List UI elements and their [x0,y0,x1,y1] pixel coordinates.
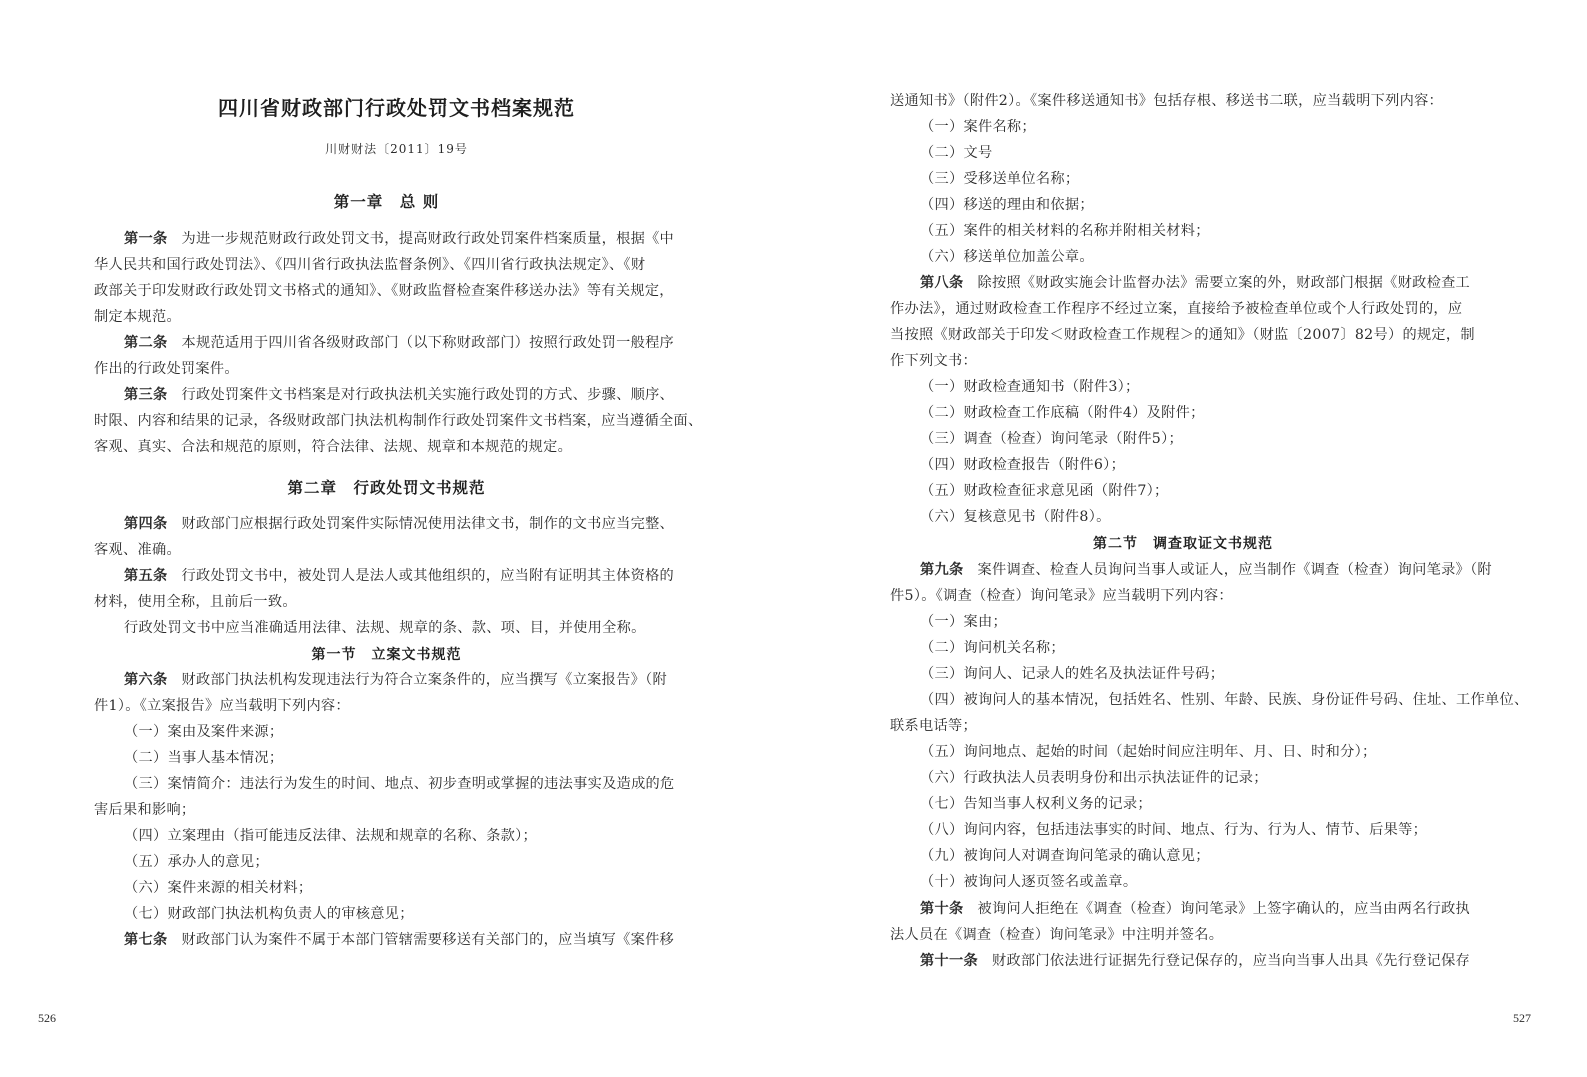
text-line: 件5）。《调查（检查）询问笔录》应当载明下列内容： [890,586,1233,606]
text-line: 行政处罚文书中，被处罚人是法人或其他组织的，应当附有证明其主体资格的 [181,568,674,584]
list-item: （六）行政执法人员表明身份和出示执法证件的记录； [920,768,1268,788]
list-item: （七）财政部门执法机构负责人的审核意见； [124,904,414,924]
document-number: 川财财法〔2011〕19号 [0,140,793,157]
article-8: 第八条除按照《财政实施会计监督办法》需要立案的外，财政部门根据《财政检查工 [920,273,1470,293]
list-item: （二）询问机关名称； [920,638,1065,658]
article-label: 第三条 [124,387,167,403]
text-line: 政部关于印发财政行政处罚文书格式的通知》、《财政监督检查案件移送办法》等有关规定… [94,281,674,301]
list-item: （八）询问内容，包括违法事实的时间、地点、行为、行为人、情节、后果等； [920,820,1427,840]
article-label: 第一条 [124,231,167,247]
chapter-2-heading: 第二章 行政处罚文书规范 [0,476,773,498]
text-line: 客观、真实、合法和规范的原则，符合法律、法规、规章和本规范的规定。 [94,437,572,457]
text-line: 法人员在《调查（检查）询问笔录》中注明并签名。 [890,925,1223,945]
list-item: （六）移送单位加盖公章。 [920,247,1094,267]
text-line: 时限、内容和结果的记录，各级财政部门执法机构制作行政处罚案件文书档案，应当遵循全… [94,411,702,431]
list-item: （一）案由； [920,612,1007,632]
text-line: 送通知书》（附件2）。《案件移送通知书》包括存根、移送书二联，应当载明下列内容： [890,91,1443,111]
section-1-heading: 第一节 立案文书规范 [0,644,773,664]
list-item: （六）案件来源的相关材料； [124,878,312,898]
article-9: 第九条案件调查、检查人员询问当事人或证人，应当制作《调查（检查）询问笔录》（附 [920,560,1492,580]
article-11: 第十一条财政部门依法进行证据先行登记保存的，应当向当事人出具《先行登记保存 [920,951,1470,971]
list-item: （四）立案理由（指可能违反法律、法规和规章的名称、条款）； [124,826,537,846]
text-line: 作办法》，通过财政检查工作程序不经过立案，直接给予被检查单位或个人行政处罚的，应 [890,299,1462,319]
page-number: 527 [1513,1011,1531,1026]
text-line: 华人民共和国行政处罚法》、《四川省行政执法监督条例》、《四川省行政执法规定》、《… [94,255,645,275]
text-line: 制定本规范。 [94,307,181,327]
text-line: 案件调查、检查人员询问当事人或证人，应当制作《调查（检查）询问笔录》（附 [977,562,1491,578]
article-label: 第十一条 [920,953,978,969]
section-2-heading: 第二节 调查取证文书规范 [793,533,1573,553]
text-line: 财政部门执法机构发现违法行为符合立案条件的，应当撰写《立案报告》（附 [181,672,666,688]
list-item: （四）被询问人的基本情况，包括姓名、性别、年龄、民族、身份证件号码、住址、工作单… [920,690,1528,710]
article-label: 第九条 [920,562,963,578]
text-line: 材料，使用全称，且前后一致。 [94,592,297,612]
article-6: 第六条财政部门执法机构发现违法行为符合立案条件的，应当撰写《立案报告》（附 [124,670,667,690]
list-item: （三）受移送单位名称； [920,169,1079,189]
text-line: 行政处罚案件文书档案是对行政执法机关实施行政处罚的方式、步骤、顺序、 [181,387,674,403]
article-label: 第五条 [124,568,167,584]
article-5: 第五条行政处罚文书中，被处罚人是法人或其他组织的，应当附有证明其主体资格的 [124,566,674,586]
text-line: 作出的行政处罚案件。 [94,359,239,379]
list-item: （五）案件的相关材料的名称并附相关材料； [920,221,1210,241]
list-item: （一）案由及案件来源； [124,722,283,742]
list-item: （三）案情简介：违法行为发生的时间、地点、初步查明或掌握的违法事实及造成的危 [124,774,675,794]
list-item: （二）当事人基本情况； [124,748,283,768]
list-item: （六）复核意见书（附件8）。 [920,507,1111,527]
article-4: 第四条财政部门应根据行政处罚案件实际情况使用法律文书，制作的文书应当完整、 [124,514,674,534]
list-item: （一）财政检查通知书（附件3）； [920,377,1140,397]
text-line: 作下列文书： [890,351,977,371]
text-line: 行政处罚文书中应当准确适用法律、法规、规章的条、款、项、目，并使用全称。 [124,618,646,638]
list-item: （十）被询问人逐页签名或盖章。 [920,872,1137,892]
list-item: （二）财政检查工作底稿（附件4）及附件； [920,403,1205,423]
right-page: 送通知书》（附件2）。《案件移送通知书》包括存根、移送书二联，应当载明下列内容：… [793,0,1587,1077]
document-title: 四川省财政部门行政处罚文书档案规范 [0,92,793,121]
list-item: （三）询问人、记录人的姓名及执法证件号码； [920,664,1224,684]
article-7: 第七条财政部门认为案件不属于本部门管辖需要移送有关部门的，应当填写《案件移 [124,930,674,950]
list-item-continuation: 害后果和影响； [94,800,195,820]
text-line: 除按照《财政实施会计监督办法》需要立案的外，财政部门根据《财政检查工 [977,275,1470,291]
list-item: （四）财政检查报告（附件6）； [920,455,1125,475]
list-item: （五）询问地点、起始的时间（起始时间应注明年、月、日、时和分）； [920,742,1377,762]
text-line: 被询问人拒绝在《调查（检查）询问笔录》上签字确认的，应当由两名行政执 [977,901,1470,917]
list-item: （五）财政检查征求意见函（附件7）； [920,481,1169,501]
article-label: 第二条 [124,335,167,351]
article-label: 第四条 [124,516,167,532]
article-3: 第三条行政处罚案件文书档案是对行政执法机关实施行政处罚的方式、步骤、顺序、 [124,385,674,405]
list-item: （三）调查（检查）询问笔录（附件5）； [920,429,1183,449]
article-label: 第六条 [124,672,167,688]
text-line: 客观、准确。 [94,540,181,560]
article-label: 第八条 [920,275,963,291]
article-label: 第七条 [124,932,167,948]
article-1: 第一条为进一步规范财政行政处罚文书，提高财政行政处罚案件档案质量，根据《中 [124,229,674,249]
article-2: 第二条本规范适用于四川省各级财政部门（以下称财政部门）按照行政处罚一般程序 [124,333,674,353]
list-item: （五）承办人的意见； [124,852,269,872]
text-line: 财政部门认为案件不属于本部门管辖需要移送有关部门的，应当填写《案件移 [181,932,674,948]
text-line: 本规范适用于四川省各级财政部门（以下称财政部门）按照行政处罚一般程序 [181,335,674,351]
list-item: （九）被询问人对调查询问笔录的确认意见； [920,846,1210,866]
list-item: （七）告知当事人权利义务的记录； [920,794,1152,814]
left-page: 四川省财政部门行政处罚文书档案规范 川财财法〔2011〕19号 第一章 总 则 … [0,0,793,1077]
text-line: 为进一步规范财政行政处罚文书，提高财政行政处罚案件档案质量，根据《中 [181,231,674,247]
list-item-continuation: 联系电话等； [890,716,977,736]
list-item: （一）案件名称； [920,117,1036,137]
chapter-1-heading: 第一章 总 则 [0,190,773,212]
text-line: 当按照《财政部关于印发＜财政检查工作规程＞的通知》（财监〔2007〕82号）的规… [890,325,1475,345]
page-number: 526 [38,1011,56,1026]
list-item: （二）文号 [920,143,992,163]
text-line: 件1）。《立案报告》应当载明下列内容： [94,696,350,716]
article-10: 第十条被询问人拒绝在《调查（检查）询问笔录》上签字确认的，应当由两名行政执 [920,899,1470,919]
text-line: 财政部门依法进行证据先行登记保存的，应当向当事人出具《先行登记保存 [992,953,1470,969]
list-item: （四）移送的理由和依据； [920,195,1094,215]
text-line: 财政部门应根据行政处罚案件实际情况使用法律文书，制作的文书应当完整、 [181,516,674,532]
article-label: 第十条 [920,901,963,917]
